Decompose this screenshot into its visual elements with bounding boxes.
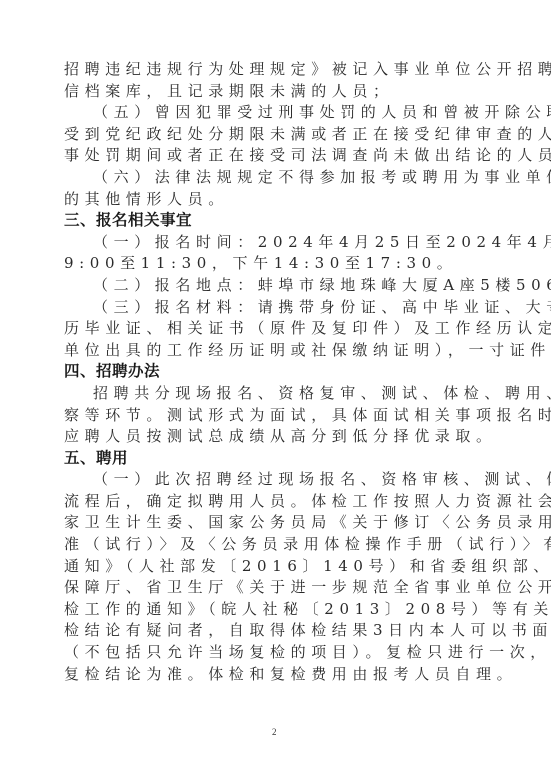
text-line: （五）曾因犯罪受过刑事处罚的人员和曾被开除公职的人员、 bbox=[64, 102, 494, 124]
text-line: 流程后，确定拟聘用人员。体检工作按照人力资源社会保障部、国 bbox=[64, 491, 494, 513]
text-line: 复检结论为准。体检和复检费用由报考人员自理。 bbox=[64, 664, 494, 686]
section-heading: 三、报名相关事宜 bbox=[64, 210, 494, 232]
text-line: 应聘人员按测试总成绩从高分到低分择优录取。 bbox=[64, 426, 494, 448]
text-line: 家卫生计生委、国家公务员局《关于修订〈公务员录用体检通用标 bbox=[64, 512, 494, 534]
text-line: 历毕业证、相关证书（原件及复印件）及工作经历认定材料（由原 bbox=[64, 318, 494, 340]
text-line: （六）法律法规规定不得参加报考或聘用为事业单位工作人员 bbox=[64, 167, 494, 189]
text-line: 受到党纪政纪处分期限未满或者正在接受纪律审查的人员、处于刑 bbox=[64, 124, 494, 146]
page-number: 2 bbox=[272, 727, 277, 737]
section-heading: 四、招聘办法 bbox=[64, 361, 494, 383]
text-line: 检工作的通知》（皖人社秘〔2013〕208号）等有关规定执行。对体 bbox=[64, 599, 494, 621]
text-line: 通知》（人社部发〔2016〕140号）和省委组织部、省人力资源社会 bbox=[64, 556, 494, 578]
text-line: 保障厅、省卫生厅《关于进一步规范全省事业单位公开招聘人员体 bbox=[64, 577, 494, 599]
text-line: （不包括只允许当场复检的项目）。复检只进行一次，体检结果以 bbox=[64, 642, 494, 664]
document-page: 招聘违纪违规行为处理规定》被记入事业单位公开招聘应聘人员诚信档案库，且记录期限未… bbox=[64, 59, 494, 685]
text-line: （一）此次招聘经过现场报名、资格审核、测试、体检等相关 bbox=[64, 469, 494, 491]
text-line: 检结论有疑问者，自取得体检结果3日内本人可以书面提出复检要求 bbox=[64, 620, 494, 642]
text-line: （一）报名时间：2024年4月25日至2024年4月30日工作日上午 bbox=[64, 232, 494, 254]
text-line: 的其他情形人员。 bbox=[64, 189, 494, 211]
text-line: 准（试行）〉及〈公务员录用体检操作手册（试行）〉有关内容的 bbox=[64, 534, 494, 556]
text-line: 信档案库，且记录期限未满的人员； bbox=[64, 81, 494, 103]
text-line: 招聘违纪违规行为处理规定》被记入事业单位公开招聘应聘人员诚 bbox=[64, 59, 494, 81]
text-line: 事处罚期间或者正在接受司法调查尚未做出结论的人员； bbox=[64, 145, 494, 167]
text-line: 单位出具的工作经历证明或社保缴纳证明），一寸证件照一张。 bbox=[64, 340, 494, 362]
text-line: 9:00至11:30，下午14:30至17:30。 bbox=[64, 253, 494, 275]
text-line: 察等环节。测试形式为面试，具体面试相关事项报名时另行通知。 bbox=[64, 405, 494, 427]
text-line: （三）报名材料：请携带身份证、高中毕业证、大专及以上学 bbox=[64, 297, 494, 319]
text-line: 招聘共分现场报名、资格复审、测试、体检、聘用、试用期考 bbox=[64, 383, 494, 405]
section-heading: 五、聘用 bbox=[64, 448, 494, 470]
text-line: （二）报名地点：蚌埠市绿地珠峰大厦A座5楼506室。 bbox=[64, 275, 494, 297]
